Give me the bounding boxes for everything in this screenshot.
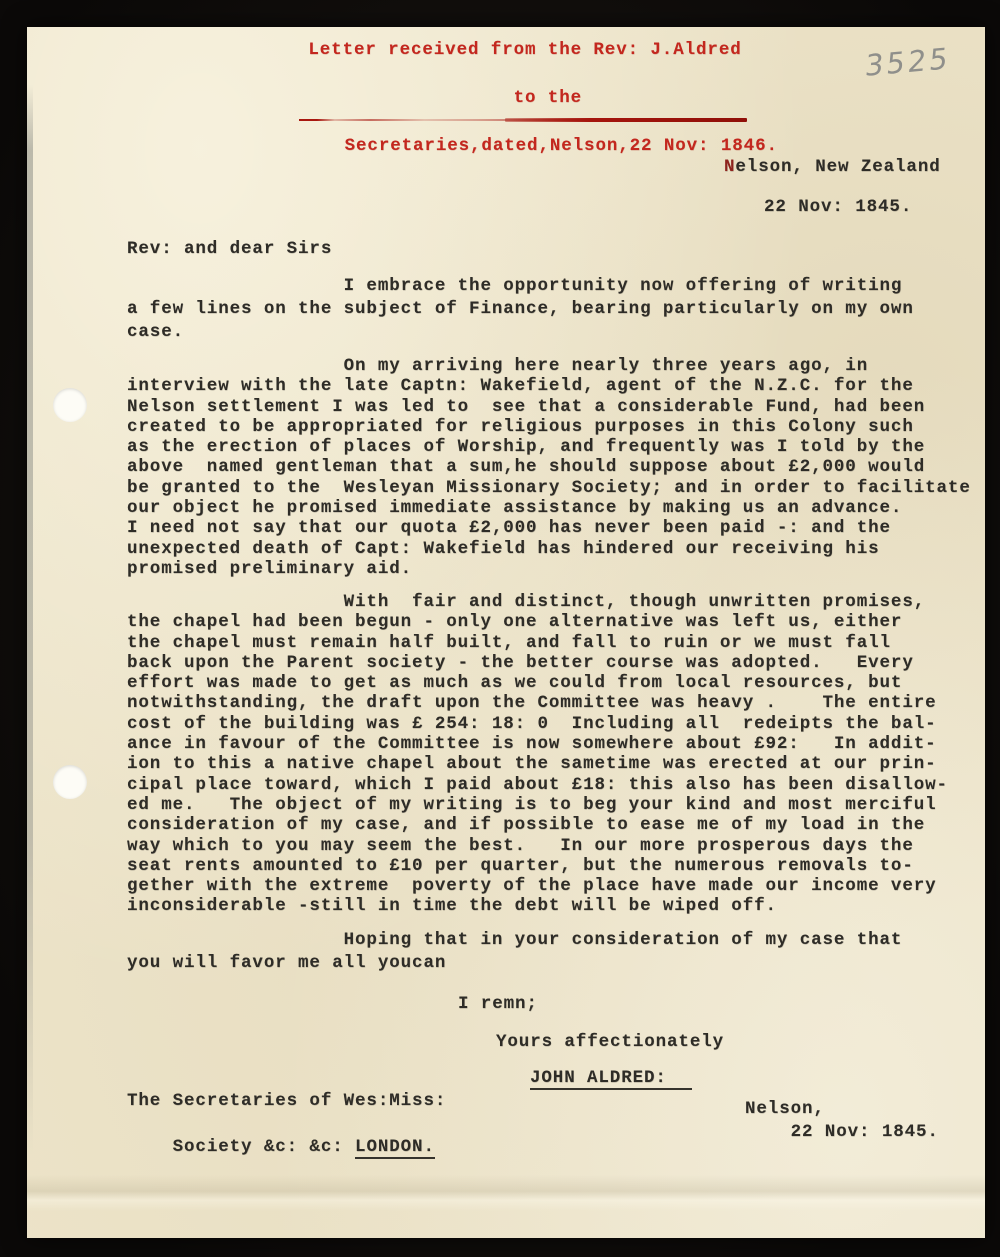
- paragraph-1: I embrace the opportunity now offering o…: [127, 275, 914, 344]
- closing-paragraph: Hoping that in your consideration of my …: [127, 929, 902, 975]
- archival-header-line1: Letter received from the Rev: J.Aldred: [308, 40, 741, 60]
- paragraph-3: With fair and distinct, though unwritten…: [127, 592, 948, 917]
- place-line: Nelson, New Zealand: [724, 157, 941, 177]
- signature-name: JOHN ALDRED:: [530, 1068, 692, 1090]
- salutation: Rev: and dear Sirs: [127, 239, 332, 259]
- red-underline-rule: [299, 116, 747, 124]
- archival-header-line3: Secretaries,dated,Nelson,22 Nov: 1846.: [345, 136, 778, 156]
- under-sheet-edge: [27, 85, 33, 1155]
- date-line: 22 Nov: 1845.: [764, 197, 912, 217]
- addressee-london: LONDON.: [355, 1137, 435, 1159]
- punch-hole-top: [53, 388, 87, 422]
- place-date-block: Nelson, 22 Nov: 1845.: [745, 1098, 939, 1144]
- i-remain-line: I remn;: [458, 994, 538, 1014]
- punch-hole-bottom: [53, 765, 87, 799]
- letter-page: 3525 Letter received from the Rev: J.Ald…: [27, 27, 985, 1238]
- signature: JOHN ALDRED:: [530, 1068, 692, 1090]
- archival-header: Letter received from the Rev: J.Aldred t…: [299, 38, 751, 182]
- addressee-line1: The Secretaries of Wes:Miss:: [127, 1091, 446, 1111]
- pencil-number: 3525: [864, 41, 952, 83]
- addressee-line2-prefix: Society &c: &c:: [173, 1137, 355, 1157]
- archival-header-line2: to the: [514, 88, 582, 108]
- paragraph-2: On my arriving here nearly three years a…: [127, 356, 971, 579]
- addressee-block: The Secretaries of Wes:Miss: Society &c:…: [127, 1090, 446, 1182]
- valediction: Yours affectionately: [496, 1032, 724, 1052]
